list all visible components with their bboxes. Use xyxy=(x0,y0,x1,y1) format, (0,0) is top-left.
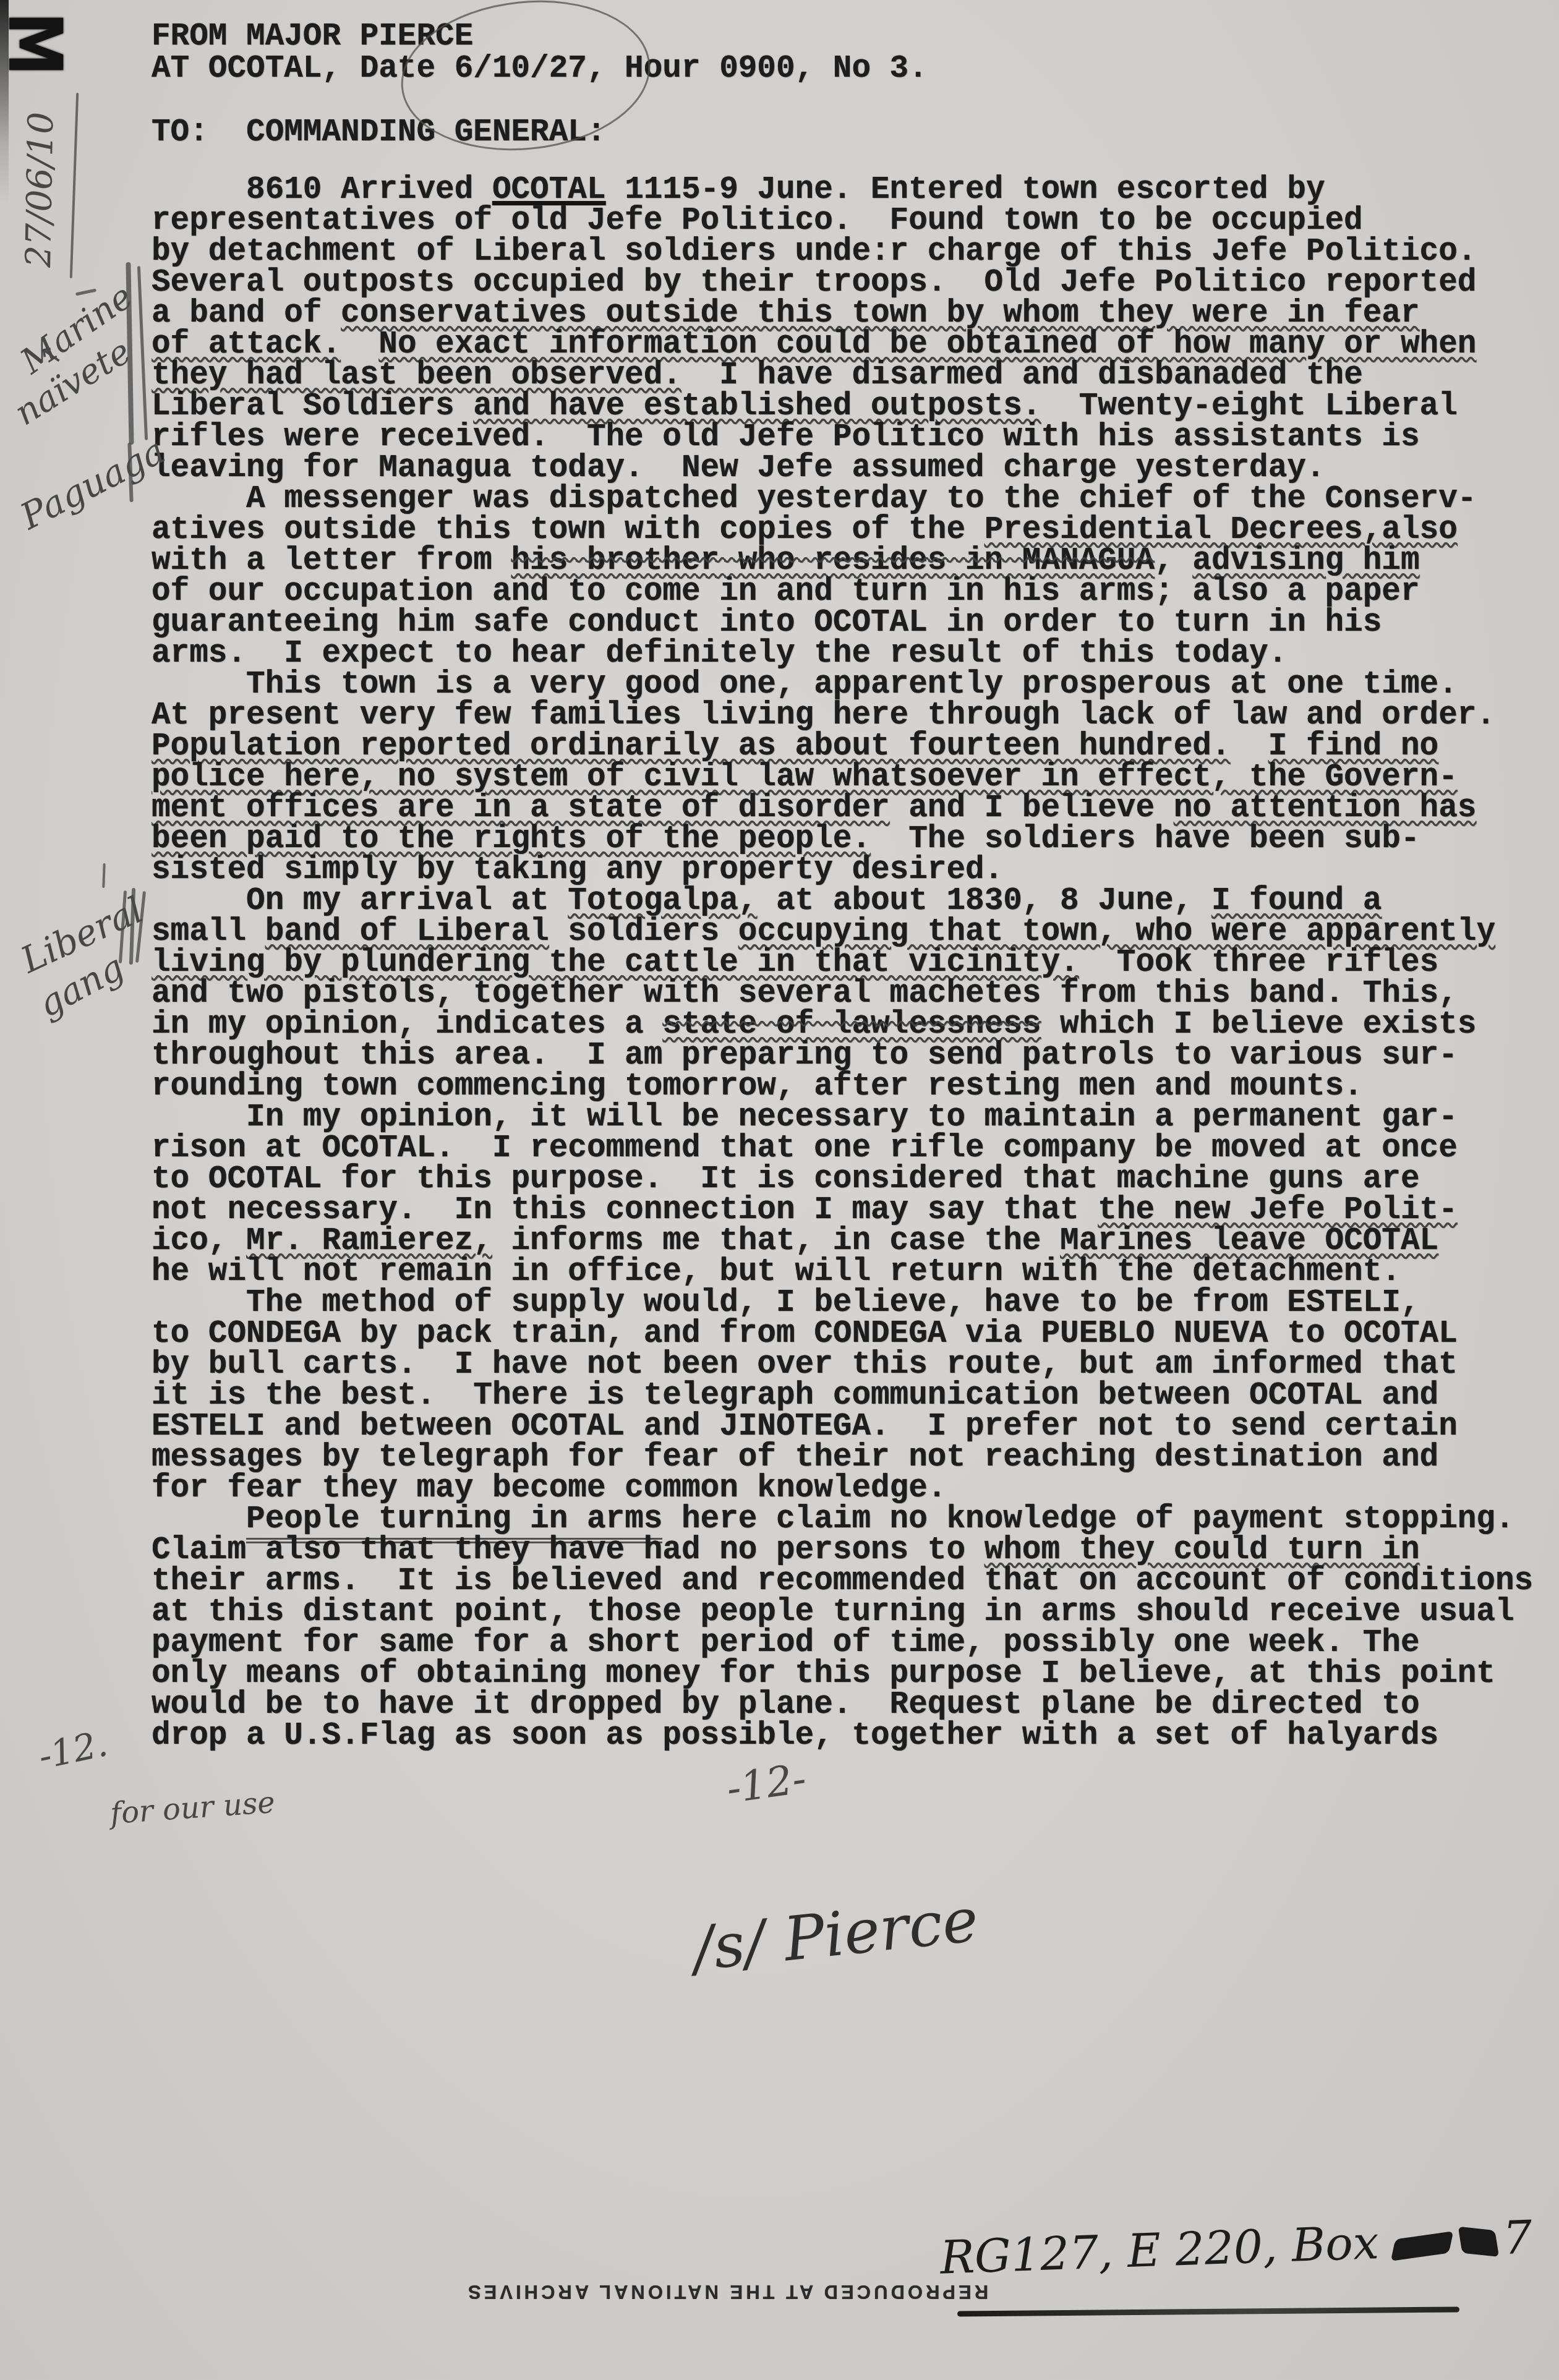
typed-text: guaranteeing him safe conduct into OCOTA… xyxy=(152,605,1382,641)
typed-text xyxy=(1230,729,1268,764)
typed-line: In my opinion, it will be necessary to m… xyxy=(152,1103,1533,1133)
typed-text: I find no xyxy=(1268,729,1438,764)
typed-text: 8610 Arrived xyxy=(152,173,492,208)
typed-text: of attack. xyxy=(152,327,341,362)
typed-line: rison at OCOTAL. I recommend that one ri… xyxy=(152,1133,1533,1164)
typed-text: 1115-9 June. Entered town escorted by xyxy=(606,173,1325,208)
typed-text: to OCOTAL for this purpose. It is consid… xyxy=(152,1162,1420,1197)
typed-line: he will not remain in office, but will r… xyxy=(152,1257,1533,1288)
typed-text: and have established outposts. xyxy=(473,389,1041,424)
scribble-blob xyxy=(1458,2227,1498,2257)
typed-line: guaranteeing him safe conduct into OCOTA… xyxy=(152,608,1533,639)
archive-box-note: RG127, E 220, Box7 xyxy=(939,2211,1533,2284)
page-number-margin: -12. xyxy=(35,1722,111,1778)
typed-text: conservatives outside this town by whom … xyxy=(341,296,1419,331)
typed-text xyxy=(152,1502,246,1537)
typed-line: not necessary. In this connection I may … xyxy=(152,1195,1533,1226)
typed-line: payment for same for a short period of t… xyxy=(152,1628,1533,1659)
typed-line: The method of supply would, I believe, h… xyxy=(152,1288,1533,1319)
note-for-our-use: for our use xyxy=(109,1785,276,1831)
typed-text: his brother who resides in MANAGUA xyxy=(511,544,1155,579)
typed-text: their arms. It is believed and recommend… xyxy=(152,1564,1533,1599)
typed-line: messages by telegraph for fear of their … xyxy=(152,1443,1533,1474)
typed-text: and two pistols, together with several m… xyxy=(152,976,1458,1012)
typed-text: The method of supply would, I believe, h… xyxy=(152,1286,1420,1321)
typed-text: advising him xyxy=(1192,544,1419,579)
typed-text: a band of xyxy=(152,296,341,331)
typed-text: by bull carts. I have not been over this… xyxy=(152,1347,1458,1383)
typed-text: rounding town commencing tomorrow, after… xyxy=(152,1069,1363,1104)
typed-line: with a letter from his brother who resid… xyxy=(152,546,1533,577)
typed-line: of attack. No exact information could be… xyxy=(152,330,1533,360)
typed-line: they had last been observed. I have disa… xyxy=(152,360,1533,391)
typed-body: 8610 Arrived OCOTAL 1115-9 June. Entered… xyxy=(152,175,1533,1752)
typed-text: only means of obtaining money for this p… xyxy=(152,1657,1495,1692)
typed-text: payment for same for a short period of t… xyxy=(152,1626,1420,1661)
typed-line: At present very few families living here… xyxy=(152,701,1533,731)
typed-text: not necessary. In this connection I may … xyxy=(152,1193,1098,1228)
typed-line: it is the best. There is telegraph commu… xyxy=(152,1381,1533,1412)
typed-line: Claim also that they have had no persons… xyxy=(152,1535,1533,1566)
typed-line: On my arrival at Totogalpa, at about 183… xyxy=(152,886,1533,917)
typed-line: rounding town commencing tomorrow, after… xyxy=(152,1072,1533,1103)
typed-text: state of lawlessness xyxy=(662,1007,1041,1043)
pencil-emphasis-stroke xyxy=(126,262,134,445)
typed-text: arms. I expect to hear definitely the re… xyxy=(152,636,1287,672)
typed-line: only means of obtaining money for this p… xyxy=(152,1659,1533,1690)
pencil-underline-stroke xyxy=(957,2306,1459,2316)
typed-text: by detachment of Liberal soldiers unde:r… xyxy=(152,234,1476,270)
typed-text: at this distant point, those people turn… xyxy=(152,1595,1514,1630)
typed-text: ico, xyxy=(152,1224,246,1259)
typed-text: living by plundering the cattle in that … xyxy=(152,945,1079,981)
typed-text: band of Liberal xyxy=(265,915,549,950)
typed-line: atives outside this town with copies of … xyxy=(152,515,1533,546)
typed-line: would be to have it dropped by plane. Re… xyxy=(152,1690,1533,1721)
typed-line: at this distant point, those people turn… xyxy=(152,1597,1533,1628)
typed-text: been paid to the rights of the people. xyxy=(152,822,871,857)
typed-text: On my arrival at xyxy=(152,884,568,919)
typed-text: In my opinion, it will be necessary to m… xyxy=(152,1100,1458,1135)
typed-text: with a letter from xyxy=(152,544,511,579)
typed-text: Presidential Decrees,also xyxy=(985,513,1458,548)
typed-line: to OCOTAL for this purpose. It is consid… xyxy=(152,1164,1533,1195)
pencil-tick-stroke xyxy=(102,863,105,888)
typed-line: Population reported ordinarily as about … xyxy=(152,731,1533,762)
typed-text: This town is a very good one, apparently… xyxy=(152,667,1458,702)
typed-line: living by plundering the cattle in that … xyxy=(152,948,1533,979)
typed-text: drop a U.S.Flag as soon as possible, tog… xyxy=(152,1718,1438,1754)
typed-text: Liberal Soldiers xyxy=(152,389,473,424)
typed-text: occupying that town, who were apparently xyxy=(738,915,1495,950)
typed-line: drop a U.S.Flag as soon as possible, tog… xyxy=(152,1721,1533,1752)
typed-line: representatives of old Jefe Politico. Fo… xyxy=(152,206,1533,237)
typed-text: for fear they may become common knowledg… xyxy=(152,1471,946,1506)
typed-text: I have disarmed and disbanaded the xyxy=(681,358,1363,393)
typed-text: they had last been observed. xyxy=(152,358,681,393)
typed-text: At present very few families living here… xyxy=(152,698,1495,733)
typed-line: by bull carts. I have not been over this… xyxy=(152,1350,1533,1381)
typed-text: to CONDEGA by pack train, and from CONDE… xyxy=(152,1316,1458,1352)
typed-line: A messenger was dispatched yesterday to … xyxy=(152,484,1533,515)
typed-text: police here, no system of civil law what… xyxy=(152,760,1458,795)
typed-text: leaving for Managua today. New Jefe assu… xyxy=(152,451,1325,486)
typed-text: no attention has xyxy=(1174,791,1477,826)
typed-text: representatives of old Jefe Politico. Fo… xyxy=(152,203,1363,239)
typed-text: would be to have it dropped by plane. Re… xyxy=(152,1687,1420,1723)
typed-line: and two pistols, together with several m… xyxy=(152,979,1533,1010)
typed-text: Marines leave OCOTAL xyxy=(1060,1224,1438,1259)
typed-text: which I believe exists xyxy=(1041,1007,1476,1043)
typed-text: No exact information could be obtained o… xyxy=(378,327,1476,362)
typed-line: in my opinion, indicates a state of lawl… xyxy=(152,1010,1533,1041)
typed-text xyxy=(341,327,378,362)
typed-text: Claim also that they have had no persons… xyxy=(152,1533,985,1568)
typed-text: rison at OCOTAL. I recommend that one ri… xyxy=(152,1131,1458,1166)
typed-line: ESTELI and between OCOTAL and JINOTEGA. … xyxy=(152,1412,1533,1443)
typed-text: ESTELI and between OCOTAL and JINOTEGA. … xyxy=(152,1409,1458,1444)
marker-m-annotation: M xyxy=(0,9,74,79)
typed-line: throughout this area. I am preparing to … xyxy=(152,1041,1533,1072)
typed-line: to CONDEGA by pack train, and from CONDE… xyxy=(152,1319,1533,1350)
typed-text: soldiers xyxy=(549,915,738,950)
typed-text: and I believe xyxy=(890,791,1174,826)
typed-text: in my opinion, indicates a xyxy=(152,1007,662,1043)
typed-text: Several outposts occupied by their troop… xyxy=(152,265,1476,301)
typed-text: Totogalpa, xyxy=(568,884,757,919)
national-archives-stamp: REPRODUCED AT THE NATIONAL ARCHIVES xyxy=(465,2280,988,2303)
typed-text: throughout this area. I am preparing to … xyxy=(152,1038,1458,1073)
pencil-line-vertical xyxy=(70,93,79,278)
typed-text: The soldiers have been sub- xyxy=(871,822,1420,857)
typed-line: People turning in arms here claim no kno… xyxy=(152,1504,1533,1535)
typed-text: whom they could turn in xyxy=(985,1533,1420,1568)
typed-text: atives outside this town with copies of … xyxy=(152,513,985,548)
typed-line: leaving for Managua today. New Jefe assu… xyxy=(152,453,1533,484)
typed-line: Several outposts occupied by their troop… xyxy=(152,268,1533,299)
scanned-document-page: FROM MAJOR PIERCE AT OCOTAL, Date 6/10/2… xyxy=(0,0,1559,2380)
typed-line: This town is a very good one, apparently… xyxy=(152,670,1533,701)
typed-text: informs me that, in case the xyxy=(492,1224,1060,1259)
pencil-emphasis-stroke xyxy=(137,266,148,440)
typed-line: small band of Liberal soldiers occupying… xyxy=(152,917,1533,948)
page-number-center: -12- xyxy=(724,1754,809,1812)
typed-text: here claim no knowledge of payment stopp… xyxy=(662,1502,1514,1537)
typed-line: their arms. It is believed and recommend… xyxy=(152,1566,1533,1597)
typed-line: by detachment of Liberal soldiers unde:r… xyxy=(152,237,1533,268)
signature-pierce: /s/ Pierce xyxy=(690,1885,981,1985)
typed-text: Population reported ordinarily as about … xyxy=(152,729,1230,764)
archive-note-suffix: 7 xyxy=(1502,2211,1533,2265)
typed-text: messages by telegraph for fear of their … xyxy=(152,1440,1438,1475)
typed-text: small xyxy=(152,915,265,950)
typed-text: he will not remain in office, but will r… xyxy=(152,1255,1401,1290)
typed-text: OCOTAL xyxy=(492,173,606,208)
typed-text: ment offices are in a state of disorder xyxy=(152,791,890,826)
typed-text: at about 1830, 8 June, xyxy=(757,884,1211,919)
vertical-date-annotation: 27/06/10 xyxy=(19,112,61,268)
typed-line: ico, Mr. Ramierez, informs me that, in c… xyxy=(152,1226,1533,1257)
typed-text: the new Jefe Polit- xyxy=(1098,1193,1458,1228)
typed-line: ment offices are in a state of disorder … xyxy=(152,793,1533,824)
typed-text: it is the best. There is telegraph commu… xyxy=(152,1378,1438,1414)
typed-line: a band of conservatives outside this tow… xyxy=(152,299,1533,330)
typed-text: Mr. Ramierez, xyxy=(246,1224,492,1259)
typed-line: sisted simply by taking any property des… xyxy=(152,855,1533,886)
note-paguaga: Paguaga xyxy=(14,430,171,538)
typed-line: for fear they may become common knowledg… xyxy=(152,1474,1533,1504)
typed-text: I found a xyxy=(1211,884,1382,919)
typed-text: rifles were received. The old Jefe Polit… xyxy=(152,420,1420,455)
typed-line: arms. I expect to hear definitely the re… xyxy=(152,639,1533,670)
typed-line: police here, no system of civil law what… xyxy=(152,762,1533,793)
typed-line: of our occupation and to come in and tur… xyxy=(152,577,1533,608)
typed-line: 8610 Arrived OCOTAL 1115-9 June. Entered… xyxy=(152,175,1533,206)
typed-text: Took three rifles xyxy=(1079,945,1439,981)
typed-text: Twenty-eight Liberal xyxy=(1041,389,1457,424)
typed-line: rifles were received. The old Jefe Polit… xyxy=(152,422,1533,453)
scribble-blob xyxy=(1390,2231,1453,2261)
typed-text: , xyxy=(1155,544,1192,579)
typed-line: Liberal Soldiers and have established ou… xyxy=(152,391,1533,422)
typed-text: sisted simply by taking any property des… xyxy=(152,853,1003,888)
typed-line: been paid to the rights of the people. T… xyxy=(152,824,1533,855)
archive-note-prefix: RG127, E 220, Box xyxy=(939,2216,1380,2285)
typed-text: A messenger was dispatched yesterday to … xyxy=(152,482,1476,517)
typed-text: of our occupation and to come in and tur… xyxy=(152,574,1420,610)
